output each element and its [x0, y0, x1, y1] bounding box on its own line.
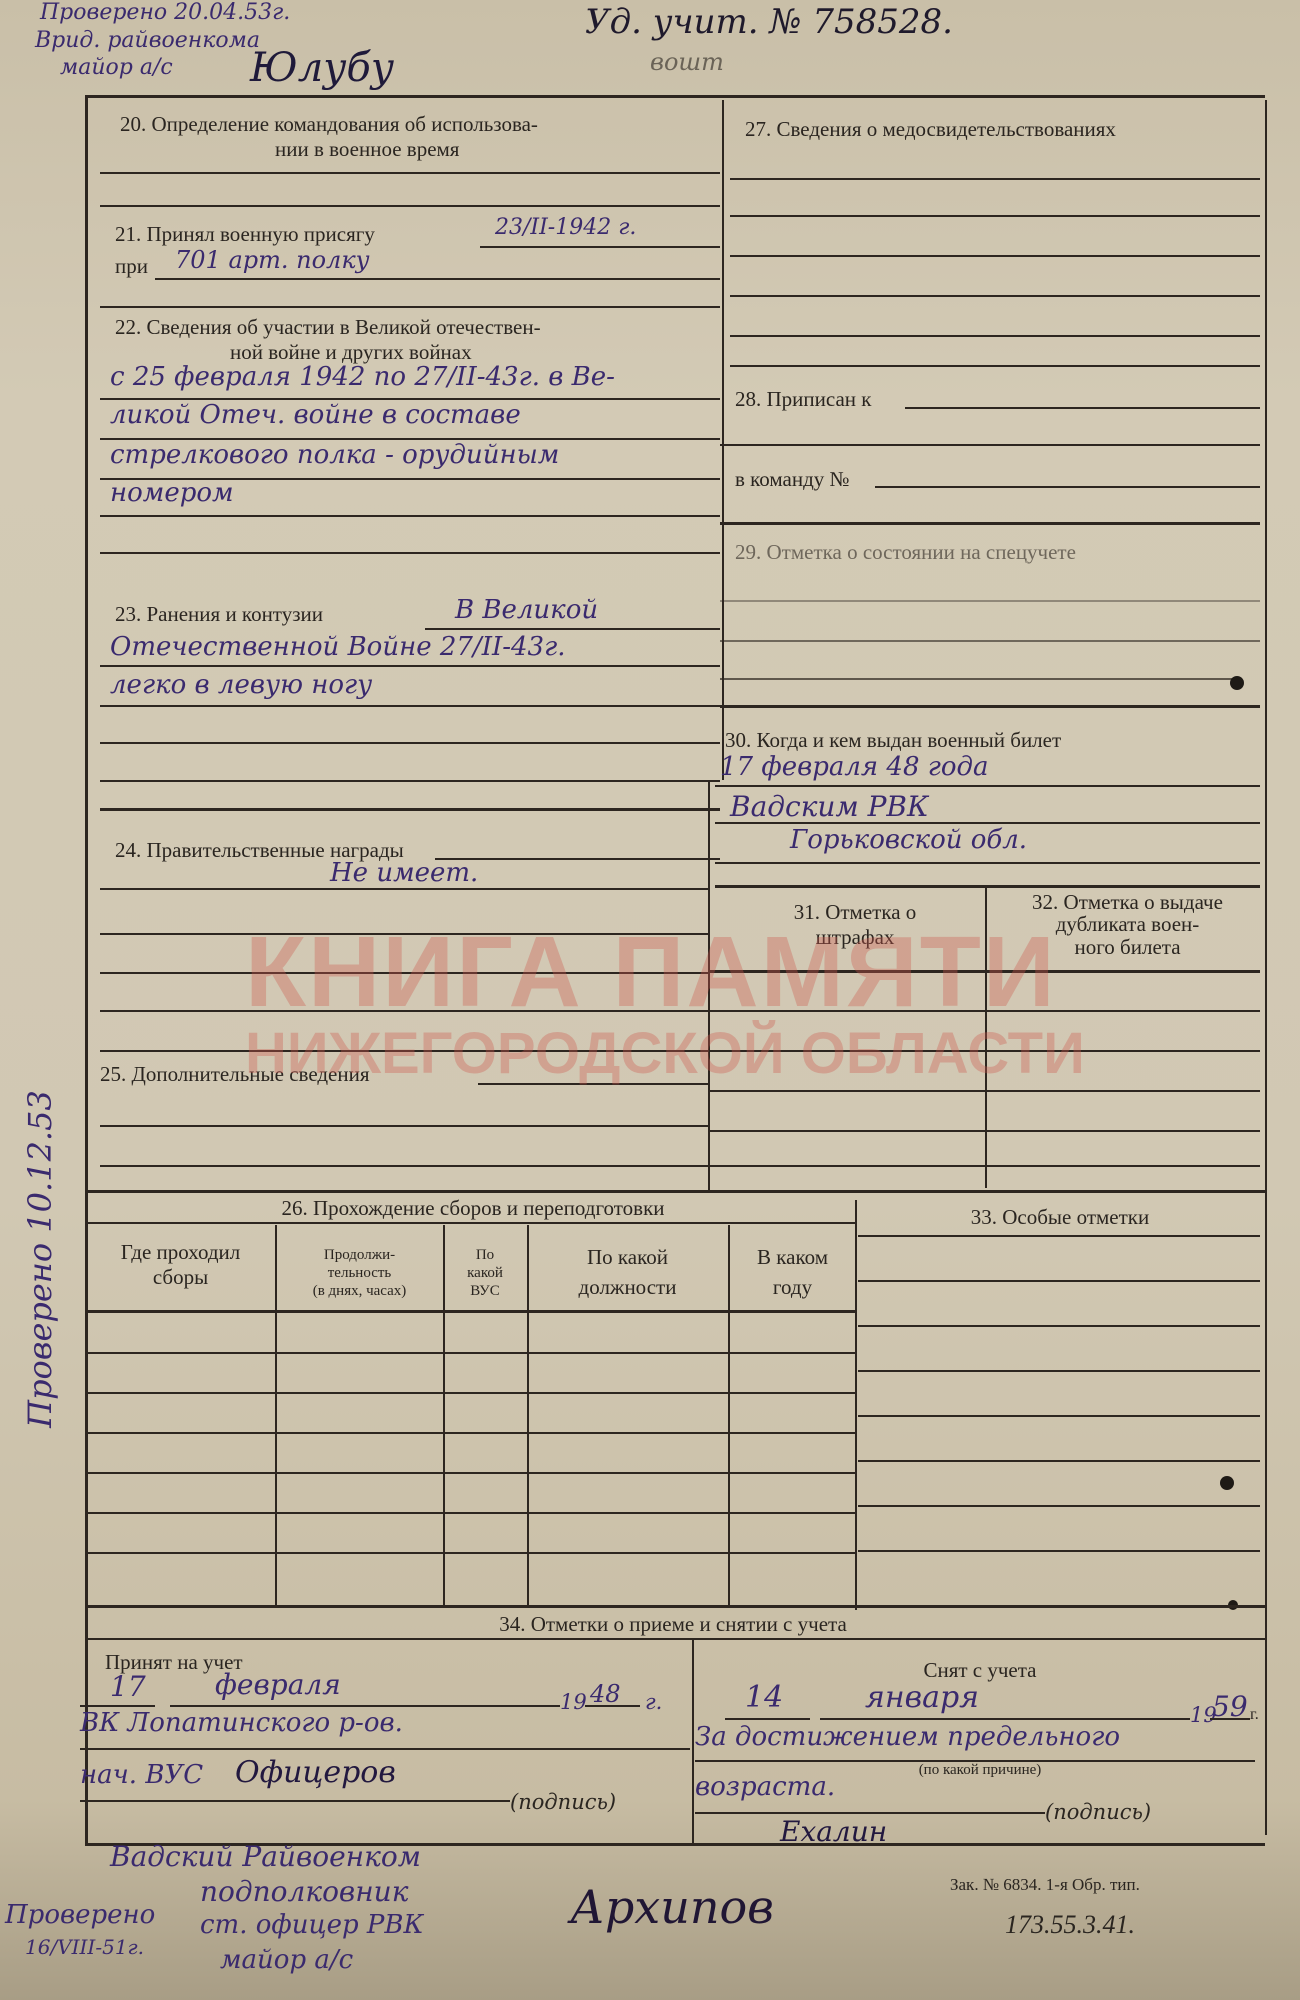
s26-col3-l2: какой: [445, 1265, 525, 1282]
top-left-note-1: Проверено 20.04.53г.: [40, 0, 290, 25]
bottom-note-4: майор а/с: [220, 1945, 353, 1975]
s34-accepted-year-suffix: г.: [645, 1690, 662, 1714]
s21-label: 21. Принял военную присягу: [115, 222, 375, 246]
s34-removed-signature: Ехалин: [780, 1815, 887, 1848]
s26-col4-l1: По какой: [529, 1245, 726, 1269]
s20-label-2: нии в военное время: [275, 137, 459, 161]
s34-removed-reason-1: За достижением предельного: [695, 1722, 1120, 1752]
s26-col3-l3: ВУС: [445, 1283, 525, 1300]
margin-note: Проверено 10.12.53: [21, 1039, 59, 1479]
s33-label: 33. Особые отметки: [860, 1205, 1260, 1229]
checked-label: Проверено: [5, 1900, 155, 1930]
s21-oath-date: 23/II-1942 г.: [495, 215, 636, 240]
s34-accepted-day: 17: [110, 1670, 146, 1703]
certificate-number: Уд. учит. № 758528.: [585, 2, 953, 42]
s22-line-1: с 25 февраля 1942 по 27/II-43г. в Ве-: [110, 362, 615, 392]
bottom-signature: Архипов: [570, 1880, 774, 1934]
s26-col2-l1: Продолжи-: [277, 1247, 442, 1264]
s22-line-2: ликой Отеч. войне в составе: [110, 400, 521, 430]
bottom-note-1: Вадский Райвоенком: [110, 1840, 421, 1873]
s20-label-1: 20. Определение командования об использо…: [120, 112, 538, 136]
s26-col1-l2: сборы: [88, 1265, 273, 1289]
s34-accepted-sign-label: (подпись): [510, 1790, 616, 1814]
checked-date: 16/VIII-51г.: [25, 1935, 144, 1959]
military-record-card: Проверено 20.04.53г. Врид. райвоенкома м…: [0, 0, 1300, 2000]
s26-title: 26. Прохождение сборов и переподготовки: [88, 1196, 858, 1220]
s34-removed-label: Снят с учета: [700, 1658, 1260, 1682]
s34-accepted-sign-prefix: нач. ВУС: [80, 1760, 203, 1790]
s34-removed-sign-label: (подпись): [1045, 1800, 1151, 1824]
top-right-note: вошт: [650, 48, 724, 76]
bottom-note-2: подполковник: [200, 1875, 408, 1908]
s26-col1-l1: Где проходил: [88, 1240, 273, 1264]
s34-title: 34. Отметки о приеме и снятии с учета: [88, 1612, 1258, 1636]
s34-removed-year-suffix: г.: [1250, 1703, 1259, 1727]
s26-col5-l1: В каком: [730, 1245, 855, 1269]
top-left-note-2: Врид. райвоенкома: [35, 28, 260, 53]
s34-removed-month: января: [865, 1680, 979, 1715]
s24-value: Не имеет.: [330, 858, 478, 888]
print-code: 173.55.3.41.: [1005, 1910, 1135, 1940]
watermark-line-2: НИЖЕГОРОДСКОЙ ОБЛАСТИ: [245, 1020, 1085, 1087]
s29-label: 29. Отметка о состоянии на спецучете: [735, 540, 1076, 564]
s28-label-2: в команду №: [735, 467, 850, 491]
s34-accepted-month: февраля: [215, 1668, 341, 1701]
s34-accepted-signature: Офицеров: [235, 1755, 396, 1790]
s34-accepted-year-prefix: 19: [560, 1690, 587, 1714]
s26-col3-l1: По: [445, 1247, 525, 1264]
s27-label: 27. Сведения о медосвидетельствованиях: [745, 117, 1116, 141]
punch-hole: [1230, 676, 1244, 690]
s22-line-3: стрелкового полка - орудийным: [110, 440, 559, 470]
s23-label: 23. Ранения и контузии: [115, 602, 323, 626]
print-info: Зак. № 6834. 1-я Обр. тип.: [950, 1873, 1140, 1897]
s26-col2-l2: тельность: [277, 1265, 442, 1282]
s34-accepted-year: 48: [590, 1680, 621, 1708]
s23-line-3: легко в левую ногу: [110, 670, 372, 700]
s26-col5-l2: году: [730, 1275, 855, 1299]
top-left-note-3: майор а/с: [60, 55, 173, 80]
s28-label: 28. Приписан к: [735, 387, 871, 411]
watermark-line-1: КНИГА ПАМЯТИ: [245, 915, 1057, 1030]
s22-line-4: номером: [110, 478, 234, 508]
s32-label-1: 32. Отметка о выдаче: [990, 890, 1265, 914]
s22-label-1: 22. Сведения об участии в Великой отечес…: [115, 315, 541, 339]
s34-accepted-by: ВК Лопатинского р-ов.: [80, 1708, 403, 1738]
s21-at-label: при: [115, 254, 148, 278]
s34-removed-day: 14: [745, 1680, 783, 1715]
s23-line-1: В Великой: [455, 595, 598, 625]
s23-line-2: Отечественной Войне 27/II-43г.: [110, 632, 566, 662]
s30-line-2: Вадским РВК: [730, 790, 929, 823]
s21-unit: 701 арт. полку: [175, 246, 370, 274]
s22-label-2: ной войне и других войнах: [230, 340, 472, 364]
s34-removed-reason-2: возраста.: [695, 1772, 835, 1802]
s30-line-1: 17 февраля 48 года: [720, 752, 989, 782]
s30-line-3: Горьковской обл.: [790, 825, 1027, 855]
punch-hole: [1220, 1476, 1234, 1490]
s30-label: 30. Когда и кем выдан военный билет: [725, 728, 1061, 752]
s26-col2-l3: (в днях, часах): [277, 1283, 442, 1300]
top-left-signature: Юлубу: [250, 45, 394, 91]
s26-col4-l2: должности: [529, 1275, 726, 1299]
bottom-note-3: ст. офицер РВК: [200, 1910, 424, 1940]
